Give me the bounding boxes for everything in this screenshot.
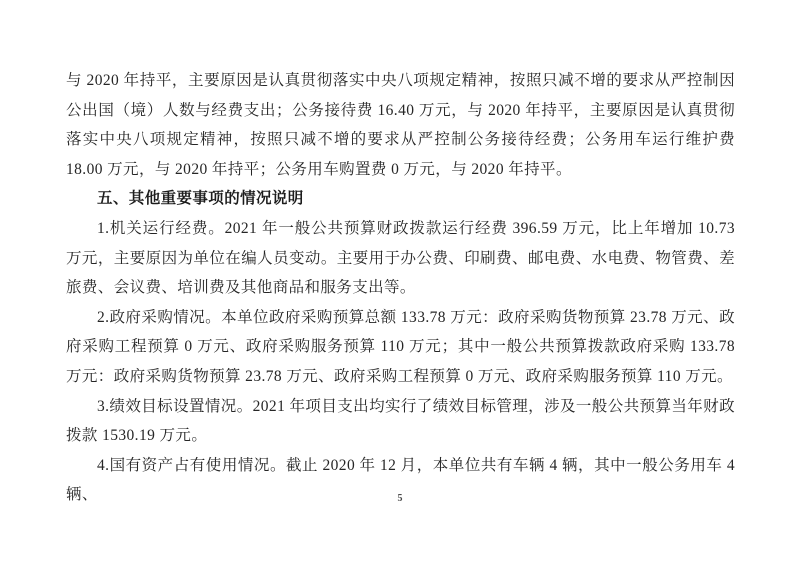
section-heading: 五、其他重要事项的情况说明 — [66, 184, 735, 214]
page-number: 5 — [0, 493, 800, 504]
paragraph-continuation: 与 2020 年持平，主要原因是认真贯彻落实中央八项规定精神，按照只减不增的要求… — [66, 66, 735, 184]
paragraph-item-3: 3.绩效目标设置情况。2021 年项目支出均实行了绩效目标管理，涉及一般公共预算… — [66, 392, 735, 451]
paragraph-item-1: 1.机关运行经费。2021 年一般公共预算财政拨款运行经费 396.59 万元，… — [66, 214, 735, 303]
document-page: 与 2020 年持平，主要原因是认真贯彻落实中央八项规定精神，按照只减不增的要求… — [0, 0, 800, 565]
paragraph-item-2: 2.政府采购情况。本单位政府采购预算总额 133.78 万元：政府采购货物预算 … — [66, 303, 735, 392]
document-body: 与 2020 年持平，主要原因是认真贯彻落实中央八项规定精神，按照只减不增的要求… — [66, 66, 735, 510]
